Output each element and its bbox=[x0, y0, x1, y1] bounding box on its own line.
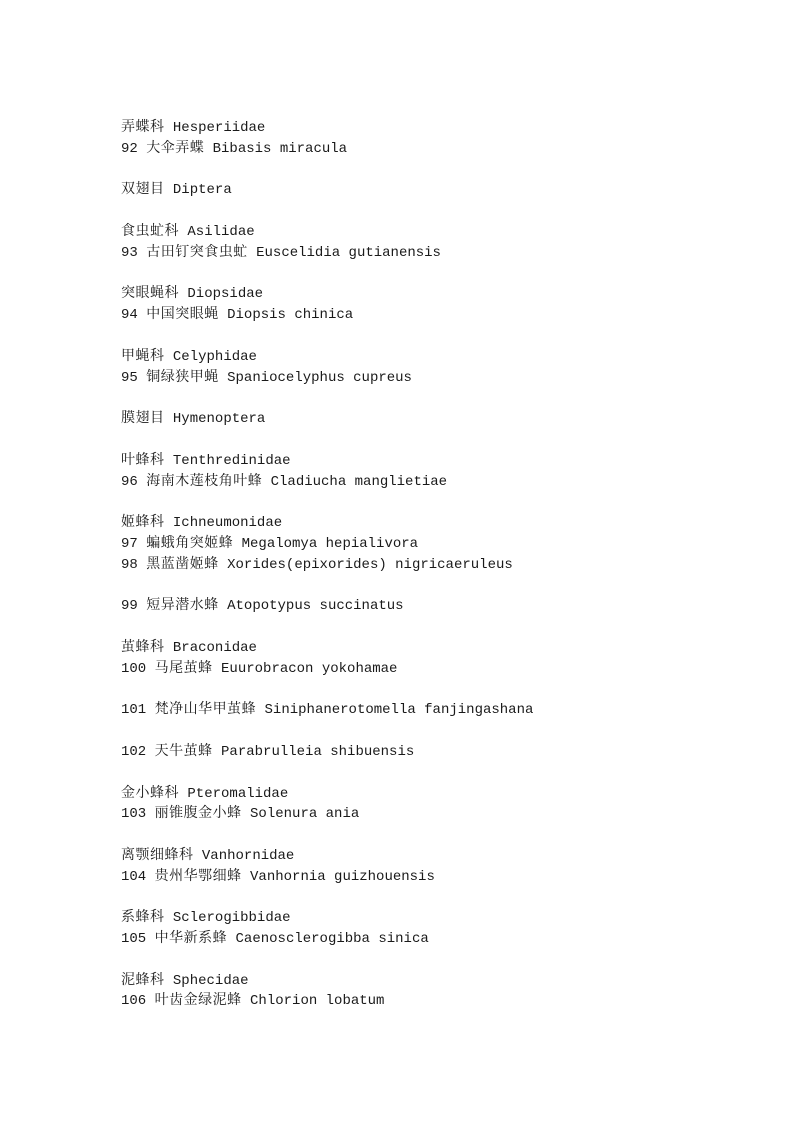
species-cn-name: 马尾茧蜂 bbox=[155, 660, 213, 676]
species-cn-name: 中华新系蜂 bbox=[155, 930, 228, 946]
species-entry: 92 大伞弄蝶 Bibasis miracula bbox=[121, 138, 721, 159]
family-latin-name: Tenthredinidae bbox=[173, 453, 291, 469]
family-heading: 突眼蝇科 Diopsidae bbox=[121, 283, 721, 304]
family-heading: 离颚细蜂科 Vanhornidae bbox=[121, 845, 721, 866]
family-latin-name: Vanhornidae bbox=[202, 848, 294, 864]
species-number: 98 bbox=[121, 557, 138, 573]
species-entry: 100 马尾茧蜂 Euurobracon yokohamae bbox=[121, 658, 721, 679]
species-latin-name: Siniphanerotomella fanjingashana bbox=[265, 702, 534, 718]
species-cn-name: 铜绿狭甲蝇 bbox=[146, 369, 219, 385]
family-latin-name: Hesperiidae bbox=[173, 120, 265, 136]
species-number: 93 bbox=[121, 245, 138, 261]
species-cn-name: 中国突眼蝇 bbox=[146, 306, 219, 322]
species-latin-name: Diopsis chinica bbox=[227, 307, 353, 323]
species-entry: 101 梵净山华甲茧蜂 Siniphanerotomella fanjingas… bbox=[121, 699, 721, 720]
family-cn-name: 姬蜂科 bbox=[121, 514, 165, 530]
family-heading: 茧蜂科 Braconidae bbox=[121, 637, 721, 658]
species-latin-name: Cladiucha manglietiae bbox=[271, 474, 447, 490]
species-latin-name: Chlorion lobatum bbox=[250, 993, 384, 1009]
species-cn-name: 大伞弄蝶 bbox=[146, 140, 204, 156]
blank-line bbox=[121, 720, 721, 741]
species-number: 99 bbox=[121, 598, 138, 614]
species-number: 100 bbox=[121, 661, 146, 677]
species-latin-name: Spaniocelyphus cupreus bbox=[227, 370, 412, 386]
species-cn-name: 丽锥腹金小蜂 bbox=[155, 805, 242, 821]
species-number: 104 bbox=[121, 869, 146, 885]
blank-line bbox=[121, 762, 721, 783]
blank-line bbox=[121, 575, 721, 596]
blank-line bbox=[121, 429, 721, 450]
family-heading: 叶蜂科 Tenthredinidae bbox=[121, 450, 721, 471]
family-latin-name: Diopsidae bbox=[187, 286, 263, 302]
blank-line bbox=[121, 263, 721, 284]
species-cn-name: 梵净山华甲茧蜂 bbox=[155, 701, 257, 717]
family-latin-name: Pteromalidae bbox=[187, 786, 288, 802]
family-heading: 泥蜂科 Sphecidae bbox=[121, 970, 721, 991]
family-heading: 食虫虻科 Asilidae bbox=[121, 221, 721, 242]
species-entry: 96 海南木莲枝角叶蜂 Cladiucha manglietiae bbox=[121, 471, 721, 492]
species-cn-name: 海南木莲枝角叶蜂 bbox=[146, 473, 262, 489]
order-cn-name: 双翅目 bbox=[121, 181, 165, 197]
species-entry: 95 铜绿狭甲蝇 Spaniocelyphus cupreus bbox=[121, 367, 721, 388]
family-heading: 弄蝶科 Hesperiidae bbox=[121, 117, 721, 138]
family-cn-name: 系蜂科 bbox=[121, 909, 165, 925]
species-latin-name: Euurobracon yokohamae bbox=[221, 661, 397, 677]
blank-line bbox=[121, 325, 721, 346]
order-cn-name: 膜翅目 bbox=[121, 410, 165, 426]
species-entry: 98 黑蓝凿姬蜂 Xorides(epixorides) nigricaerul… bbox=[121, 554, 721, 575]
species-cn-name: 蝙蛾角突姬蜂 bbox=[146, 535, 233, 551]
species-cn-name: 短异潜水蜂 bbox=[146, 597, 219, 613]
family-cn-name: 甲蝇科 bbox=[121, 348, 165, 364]
family-latin-name: Ichneumonidae bbox=[173, 515, 282, 531]
family-latin-name: Celyphidae bbox=[173, 349, 257, 365]
blank-line bbox=[121, 824, 721, 845]
blank-line bbox=[121, 491, 721, 512]
family-cn-name: 泥蜂科 bbox=[121, 972, 165, 988]
species-cn-name: 黑蓝凿姬蜂 bbox=[146, 556, 219, 572]
blank-line bbox=[121, 616, 721, 637]
species-latin-name: Solenura ania bbox=[250, 806, 359, 822]
species-entry: 99 短异潜水蜂 Atopotypus succinatus bbox=[121, 595, 721, 616]
blank-line bbox=[121, 949, 721, 970]
family-latin-name: Asilidae bbox=[187, 224, 254, 240]
species-number: 106 bbox=[121, 993, 146, 1009]
family-cn-name: 叶蜂科 bbox=[121, 452, 165, 468]
species-entry: 93 古田钉突食虫虻 Euscelidia gutianensis bbox=[121, 242, 721, 263]
blank-line bbox=[121, 159, 721, 180]
order-latin-name: Diptera bbox=[173, 182, 232, 198]
family-cn-name: 离颚细蜂科 bbox=[121, 847, 194, 863]
species-entry: 97 蝙蛾角突姬蜂 Megalomya hepialivora bbox=[121, 533, 721, 554]
document-page: 弄蝶科 Hesperiidae 92 大伞弄蝶 Bibasis miracula… bbox=[121, 117, 721, 1011]
species-cn-name: 贵州华鄂细蜂 bbox=[155, 868, 242, 884]
species-latin-name: Bibasis miracula bbox=[213, 141, 347, 157]
order-heading: 膜翅目 Hymenoptera bbox=[121, 408, 721, 429]
species-number: 101 bbox=[121, 702, 146, 718]
family-latin-name: Braconidae bbox=[173, 640, 257, 656]
blank-line bbox=[121, 679, 721, 700]
family-cn-name: 茧蜂科 bbox=[121, 639, 165, 655]
family-cn-name: 金小蜂科 bbox=[121, 785, 179, 801]
family-cn-name: 弄蝶科 bbox=[121, 119, 165, 135]
species-number: 96 bbox=[121, 474, 138, 490]
family-cn-name: 食虫虻科 bbox=[121, 223, 179, 239]
species-cn-name: 天牛茧蜂 bbox=[155, 743, 213, 759]
species-latin-name: Euscelidia gutianensis bbox=[256, 245, 441, 261]
family-cn-name: 突眼蝇科 bbox=[121, 285, 179, 301]
species-entry: 102 天牛茧蜂 Parabrulleia shibuensis bbox=[121, 741, 721, 762]
species-entry: 104 贵州华鄂细蜂 Vanhornia guizhouensis bbox=[121, 866, 721, 887]
species-latin-name: Caenosclerogibba sinica bbox=[236, 931, 429, 947]
blank-line bbox=[121, 200, 721, 221]
species-number: 92 bbox=[121, 141, 138, 157]
species-entry: 94 中国突眼蝇 Diopsis chinica bbox=[121, 304, 721, 325]
species-entry: 106 叶齿金绿泥蜂 Chlorion lobatum bbox=[121, 990, 721, 1011]
species-cn-name: 叶齿金绿泥蜂 bbox=[155, 992, 242, 1008]
species-number: 103 bbox=[121, 806, 146, 822]
species-number: 105 bbox=[121, 931, 146, 947]
order-heading: 双翅目 Diptera bbox=[121, 179, 721, 200]
species-entry: 103 丽锥腹金小蜂 Solenura ania bbox=[121, 803, 721, 824]
species-entry: 105 中华新系蜂 Caenosclerogibba sinica bbox=[121, 928, 721, 949]
blank-line bbox=[121, 387, 721, 408]
species-cn-name: 古田钉突食虫虻 bbox=[146, 244, 248, 260]
species-number: 97 bbox=[121, 536, 138, 552]
species-number: 94 bbox=[121, 307, 138, 323]
family-heading: 甲蝇科 Celyphidae bbox=[121, 346, 721, 367]
species-latin-name: Parabrulleia shibuensis bbox=[221, 744, 414, 760]
species-number: 102 bbox=[121, 744, 146, 760]
family-heading: 系蜂科 Sclerogibbidae bbox=[121, 907, 721, 928]
family-heading: 金小蜂科 Pteromalidae bbox=[121, 783, 721, 804]
family-latin-name: Sclerogibbidae bbox=[173, 910, 291, 926]
species-latin-name: Vanhornia guizhouensis bbox=[250, 869, 435, 885]
order-latin-name: Hymenoptera bbox=[173, 411, 265, 427]
blank-line bbox=[121, 886, 721, 907]
family-heading: 姬蜂科 Ichneumonidae bbox=[121, 512, 721, 533]
species-latin-name: Atopotypus succinatus bbox=[227, 598, 403, 614]
species-latin-name: Xorides(epixorides) nigricaeruleus bbox=[227, 557, 513, 573]
family-latin-name: Sphecidae bbox=[173, 973, 249, 989]
species-number: 95 bbox=[121, 370, 138, 386]
species-latin-name: Megalomya hepialivora bbox=[242, 536, 418, 552]
